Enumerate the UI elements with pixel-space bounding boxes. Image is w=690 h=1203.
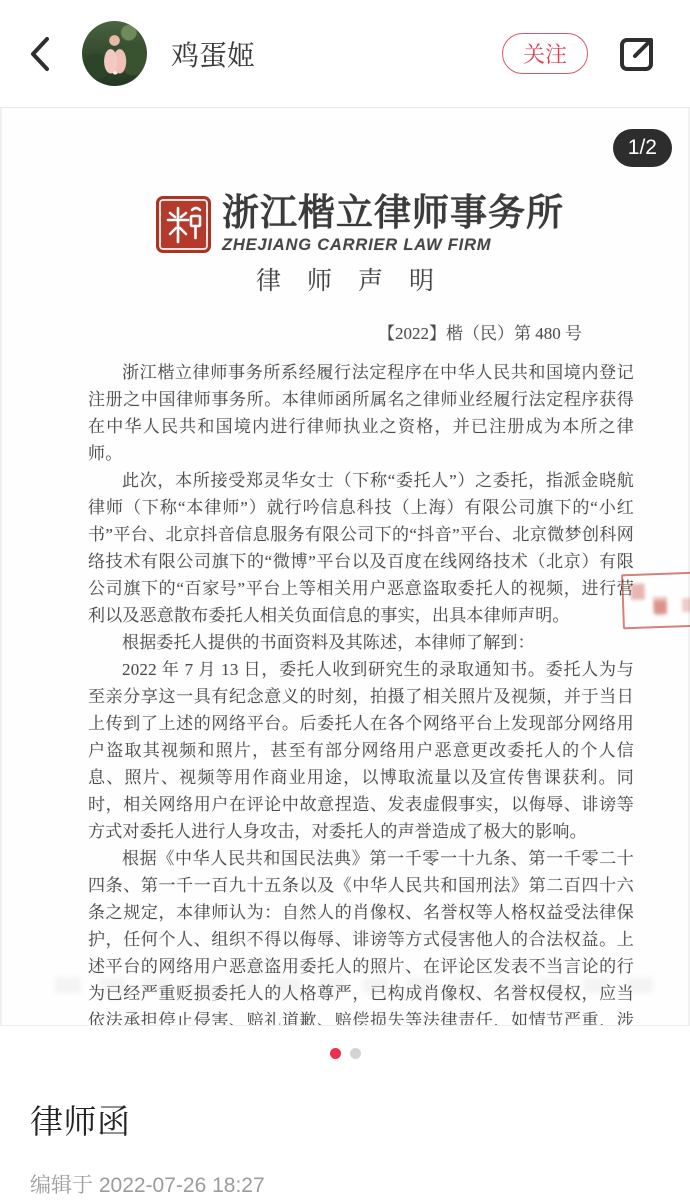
document-paragraph: 浙江楷立律师事务所系经履行法定程序在中华人民共和国境内登记注册之中国律师事务所。… — [88, 359, 634, 467]
top-bar: 鸡蛋姬 关注 — [0, 0, 690, 107]
scanned-document: 浙江楷立律师事务所 ZHEJIANG CARRIER LAW FIRM 律师声明… — [0, 194, 690, 1026]
back-button[interactable] — [28, 37, 54, 71]
document-paragraph: 2022 年 7 月 13 日，委托人收到研究生的录取通知书。委托人为与至亲分享… — [88, 656, 634, 845]
red-stamp — [621, 572, 690, 630]
pagination-dots — [0, 1048, 690, 1059]
paper-bleed-through — [55, 977, 660, 993]
chevron-left-icon — [28, 36, 52, 72]
post-image[interactable]: 1/2 浙 — [0, 107, 690, 1026]
post-title: 律师函 — [30, 1096, 690, 1143]
firm-name-cn: 浙江楷立律师事务所 — [222, 194, 564, 233]
follow-button[interactable]: 关注 — [502, 33, 588, 74]
document-paragraph: 根据《中华人民共和国民法典》第一千零一十九条、第一千零二十四条、第一千一百九十五… — [88, 845, 634, 1026]
pagination-dot-active[interactable] — [330, 1048, 341, 1059]
letterhead: 浙江楷立律师事务所 ZHEJIANG CARRIER LAW FIRM — [156, 194, 690, 255]
pagination-dot[interactable] — [350, 1048, 361, 1059]
firm-name-block: 浙江楷立律师事务所 ZHEJIANG CARRIER LAW FIRM — [222, 194, 564, 255]
document-body: 浙江楷立律师事务所系经履行法定程序在中华人民共和国境内登记注册之中国律师事务所。… — [0, 359, 690, 1026]
document-paragraph: 此次，本所接受郑灵华女士（下称“委托人”）之委托，指派金晓航律师（下称“本律师”… — [88, 467, 634, 629]
document-number: 【2022】楷（民）第 480 号 — [0, 319, 690, 344]
username[interactable]: 鸡蛋姬 — [171, 34, 502, 74]
image-page-badge: 1/2 — [613, 129, 672, 167]
share-button[interactable] — [617, 34, 657, 74]
document-paragraph: 根据委托人提供的书面资料及其陈述，本律师了解到： — [88, 629, 634, 656]
avatar[interactable] — [82, 21, 147, 86]
document-title: 律师声明 — [0, 261, 690, 297]
firm-seal-logo-icon — [156, 196, 211, 253]
post-edited-timestamp: 编辑于 2022-07-26 18:27 — [30, 1169, 690, 1199]
firm-name-en: ZHEJIANG CARRIER LAW FIRM — [222, 236, 564, 255]
share-icon — [617, 34, 657, 74]
